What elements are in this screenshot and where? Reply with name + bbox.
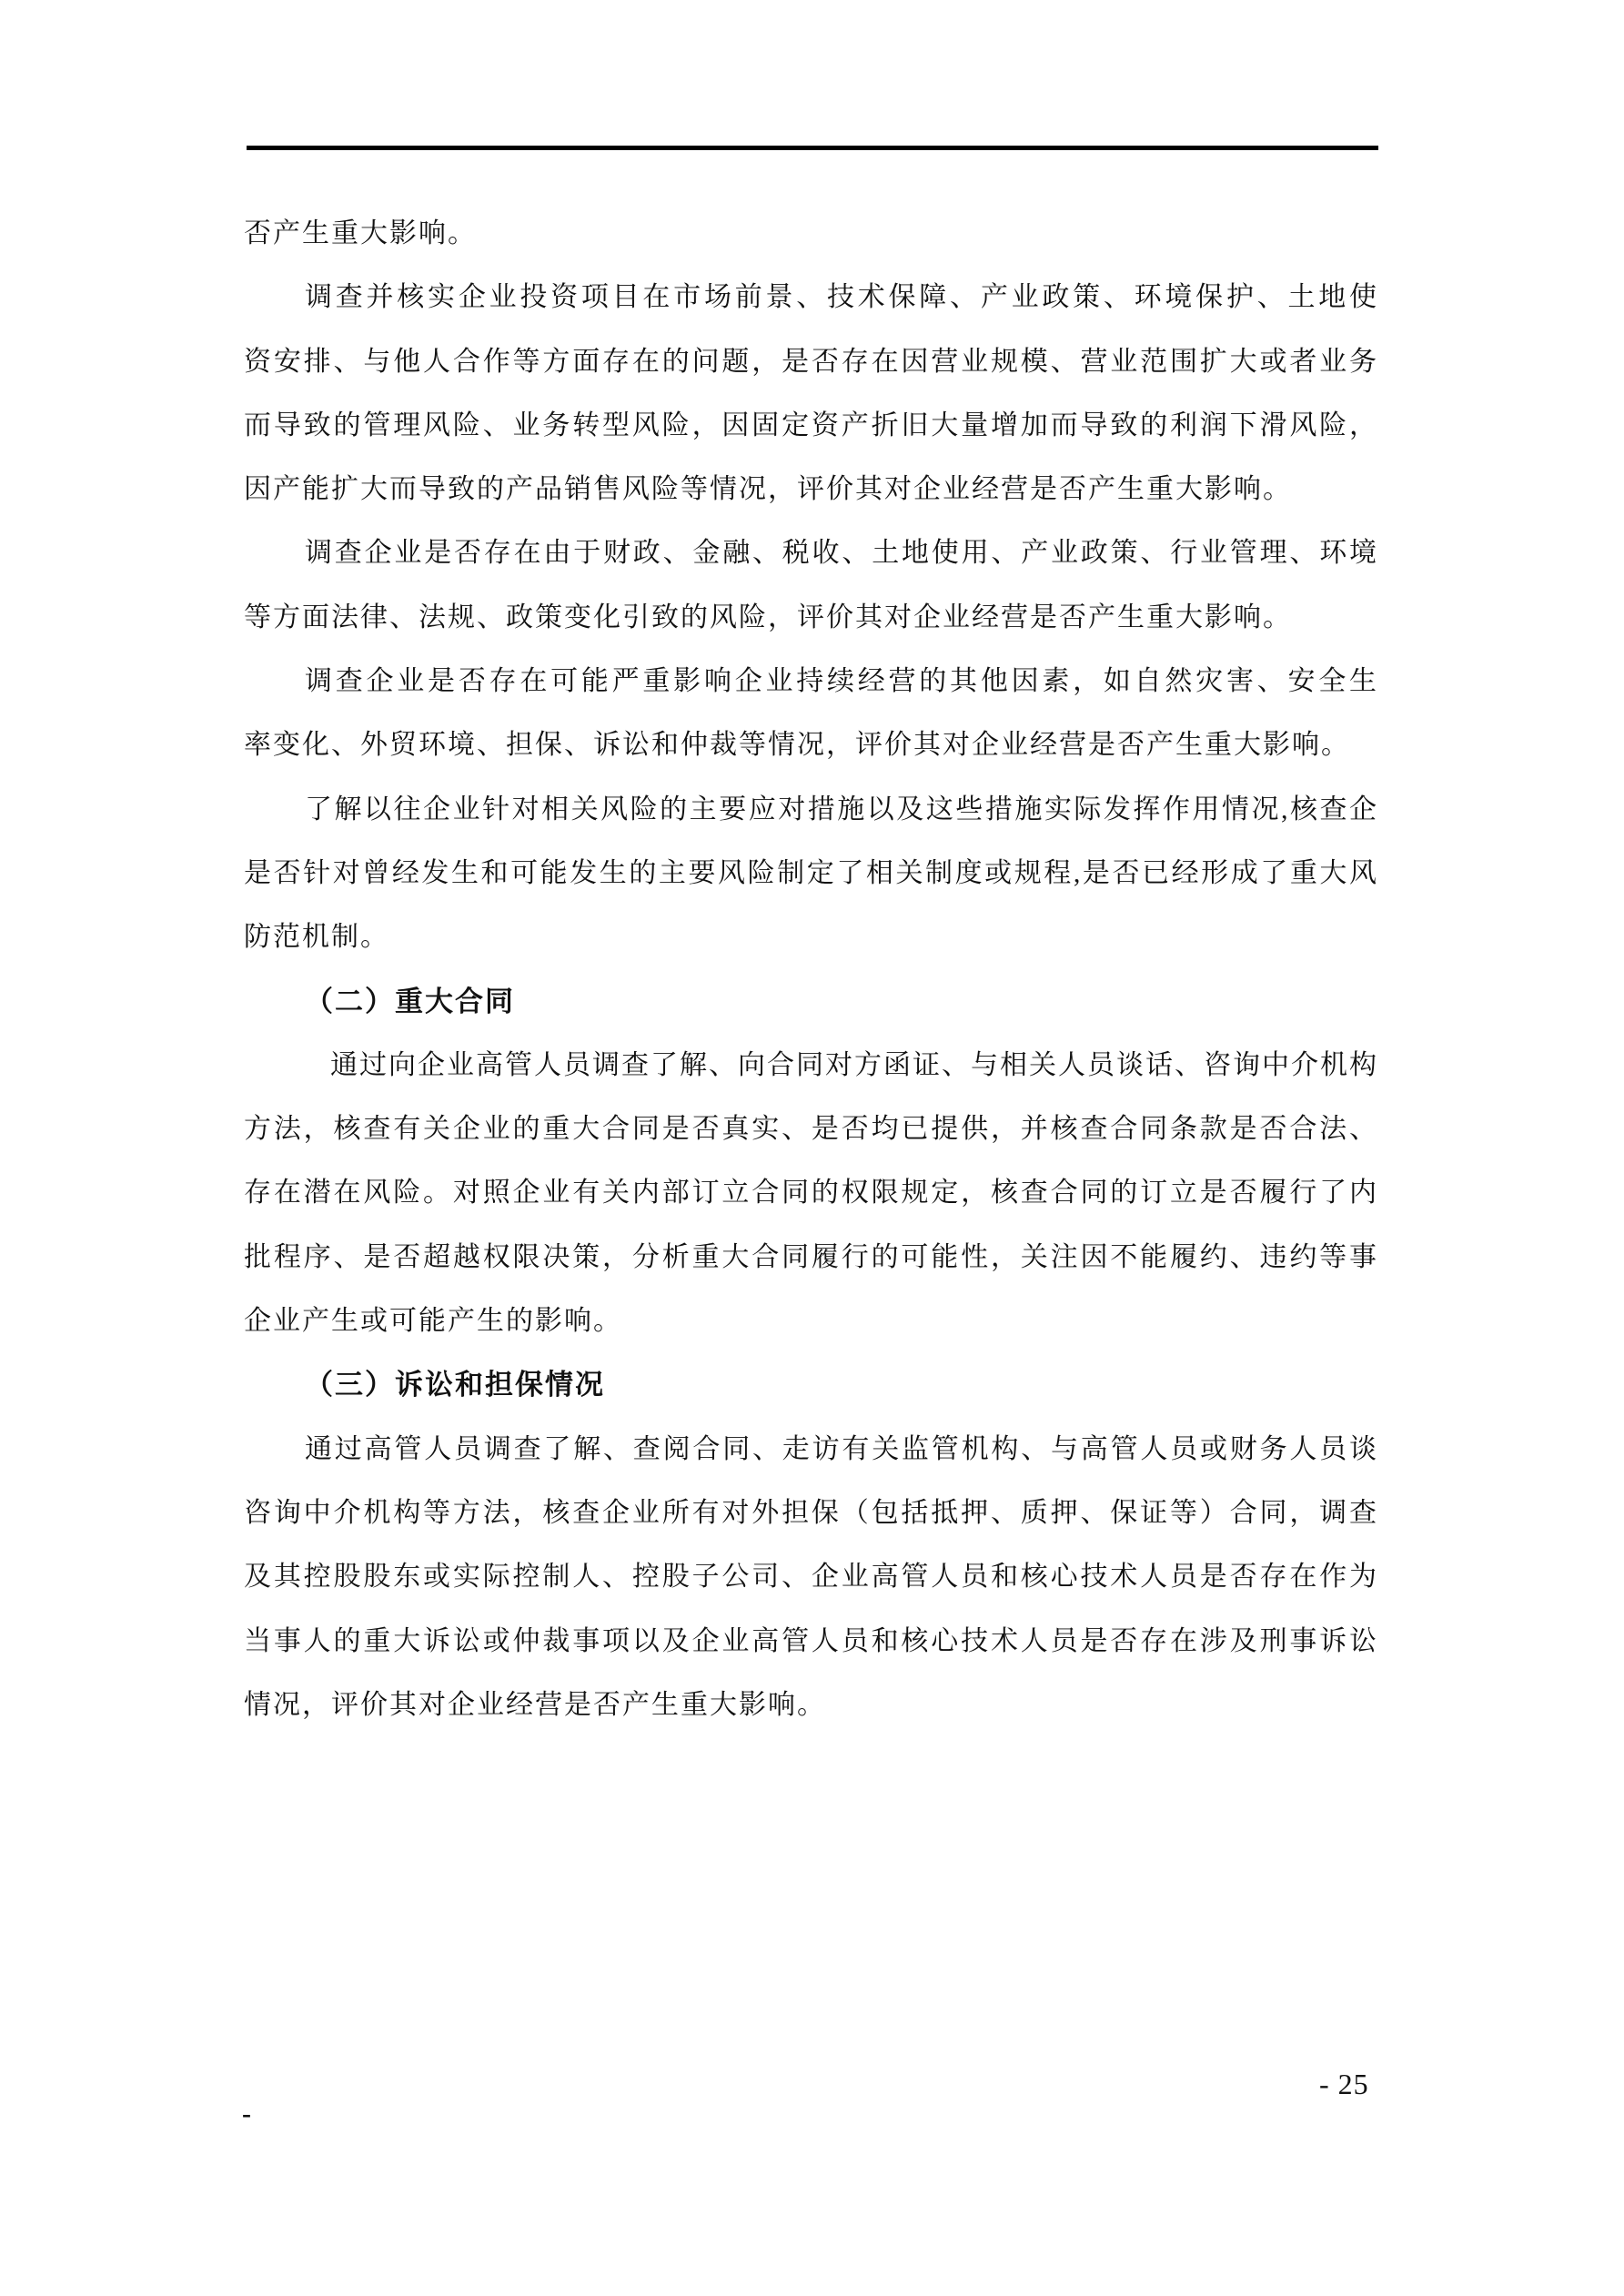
paragraph-line: 率变化、外贸环境、担保、诉讼和仲裁等情况，评价其对企业经营是否产生重大影响。 bbox=[244, 713, 1378, 777]
paragraph-line: 通过高管人员调查了解、查阅合同、走访有关监管机构、与高管人员或财务人员谈话、 bbox=[244, 1418, 1378, 1482]
paragraph-line: 而导致的管理风险、业务转型风险，因固定资产折旧大量增加而导致的利润下滑风险，以及 bbox=[244, 394, 1378, 458]
page-number: - 25 bbox=[1319, 2068, 1369, 2101]
paragraph-line: 及其控股股东或实际控制人、控股子公司、企业高管人员和核心技术人员是否存在作为一方 bbox=[244, 1545, 1378, 1609]
paragraph-line: 情况，评价其对企业经营是否产生重大影响。 bbox=[244, 1674, 1378, 1737]
paragraph-line: 了解以往企业针对相关风险的主要应对措施以及这些措施实际发挥作用情况,核查企业 bbox=[244, 778, 1378, 842]
footer-corner-mark: - bbox=[242, 2099, 251, 2129]
paragraph-line: 咨询中介机构等方法，核查企业所有对外担保（包括抵押、质押、保证等）合同，调查企业 bbox=[244, 1482, 1378, 1545]
paragraph-line: 因产能扩大而导致的产品销售风险等情况，评价其对企业经营是否产生重大影响。 bbox=[244, 458, 1378, 521]
section-heading: （二）重大合同 bbox=[244, 970, 1378, 1034]
paragraph-line: 当事人的重大诉讼或仲裁事项以及企业高管人员和核心技术人员是否存在涉及刑事诉讼的 bbox=[244, 1610, 1378, 1674]
paragraph-line: 调查企业是否存在由于财政、金融、税收、土地使用、产业政策、行业管理、环境保护 bbox=[244, 521, 1378, 585]
paragraph-line: 企业产生或可能产生的影响。 bbox=[244, 1290, 1378, 1353]
document-page: 否产生重大影响。调查并核实企业投资项目在市场前景、技术保障、产业政策、环境保护、… bbox=[0, 0, 1624, 2296]
section-heading: （三）诉讼和担保情况 bbox=[244, 1353, 1378, 1417]
header-rule-divider bbox=[247, 146, 1378, 150]
paragraph-line: 资安排、与他人合作等方面存在的问题，是否存在因营业规模、营业范围扩大或者业务转型 bbox=[244, 330, 1378, 394]
paragraph-line: 方法，核查有关企业的重大合同是否真实、是否均已提供，并核查合同条款是否合法、是否 bbox=[244, 1097, 1378, 1161]
paragraph-line: 是否针对曾经发生和可能发生的主要风险制定了相关制度或规程,是否已经形成了重大风险 bbox=[244, 842, 1378, 905]
paragraph-line: 存在潜在风险。对照企业有关内部订立合同的权限规定，核查合同的订立是否履行了内部审 bbox=[244, 1161, 1378, 1225]
paragraph-line: 调查并核实企业投资项目在市场前景、技术保障、产业政策、环境保护、土地使用、融 bbox=[244, 266, 1378, 329]
paragraph-line: 否产生重大影响。 bbox=[244, 202, 1378, 266]
paragraph-line: 调查企业是否存在可能严重影响企业持续经营的其他因素，如自然灾害、安全生产、汇 bbox=[244, 650, 1378, 713]
document-text-block: 否产生重大影响。调查并核实企业投资项目在市场前景、技术保障、产业政策、环境保护、… bbox=[244, 202, 1378, 1737]
paragraph-line: 等方面法律、法规、政策变化引致的风险，评价其对企业经营是否产生重大影响。 bbox=[244, 586, 1378, 650]
paragraph-line: 批程序、是否超越权限决策，分析重大合同履行的可能性，关注因不能履约、违约等事项对 bbox=[244, 1226, 1378, 1290]
paragraph-line: 防范机制。 bbox=[244, 905, 1378, 969]
paragraph-line: 通过向企业高管人员调查了解、向合同对方函证、与相关人员谈话、咨询中介机构等 bbox=[244, 1034, 1378, 1097]
